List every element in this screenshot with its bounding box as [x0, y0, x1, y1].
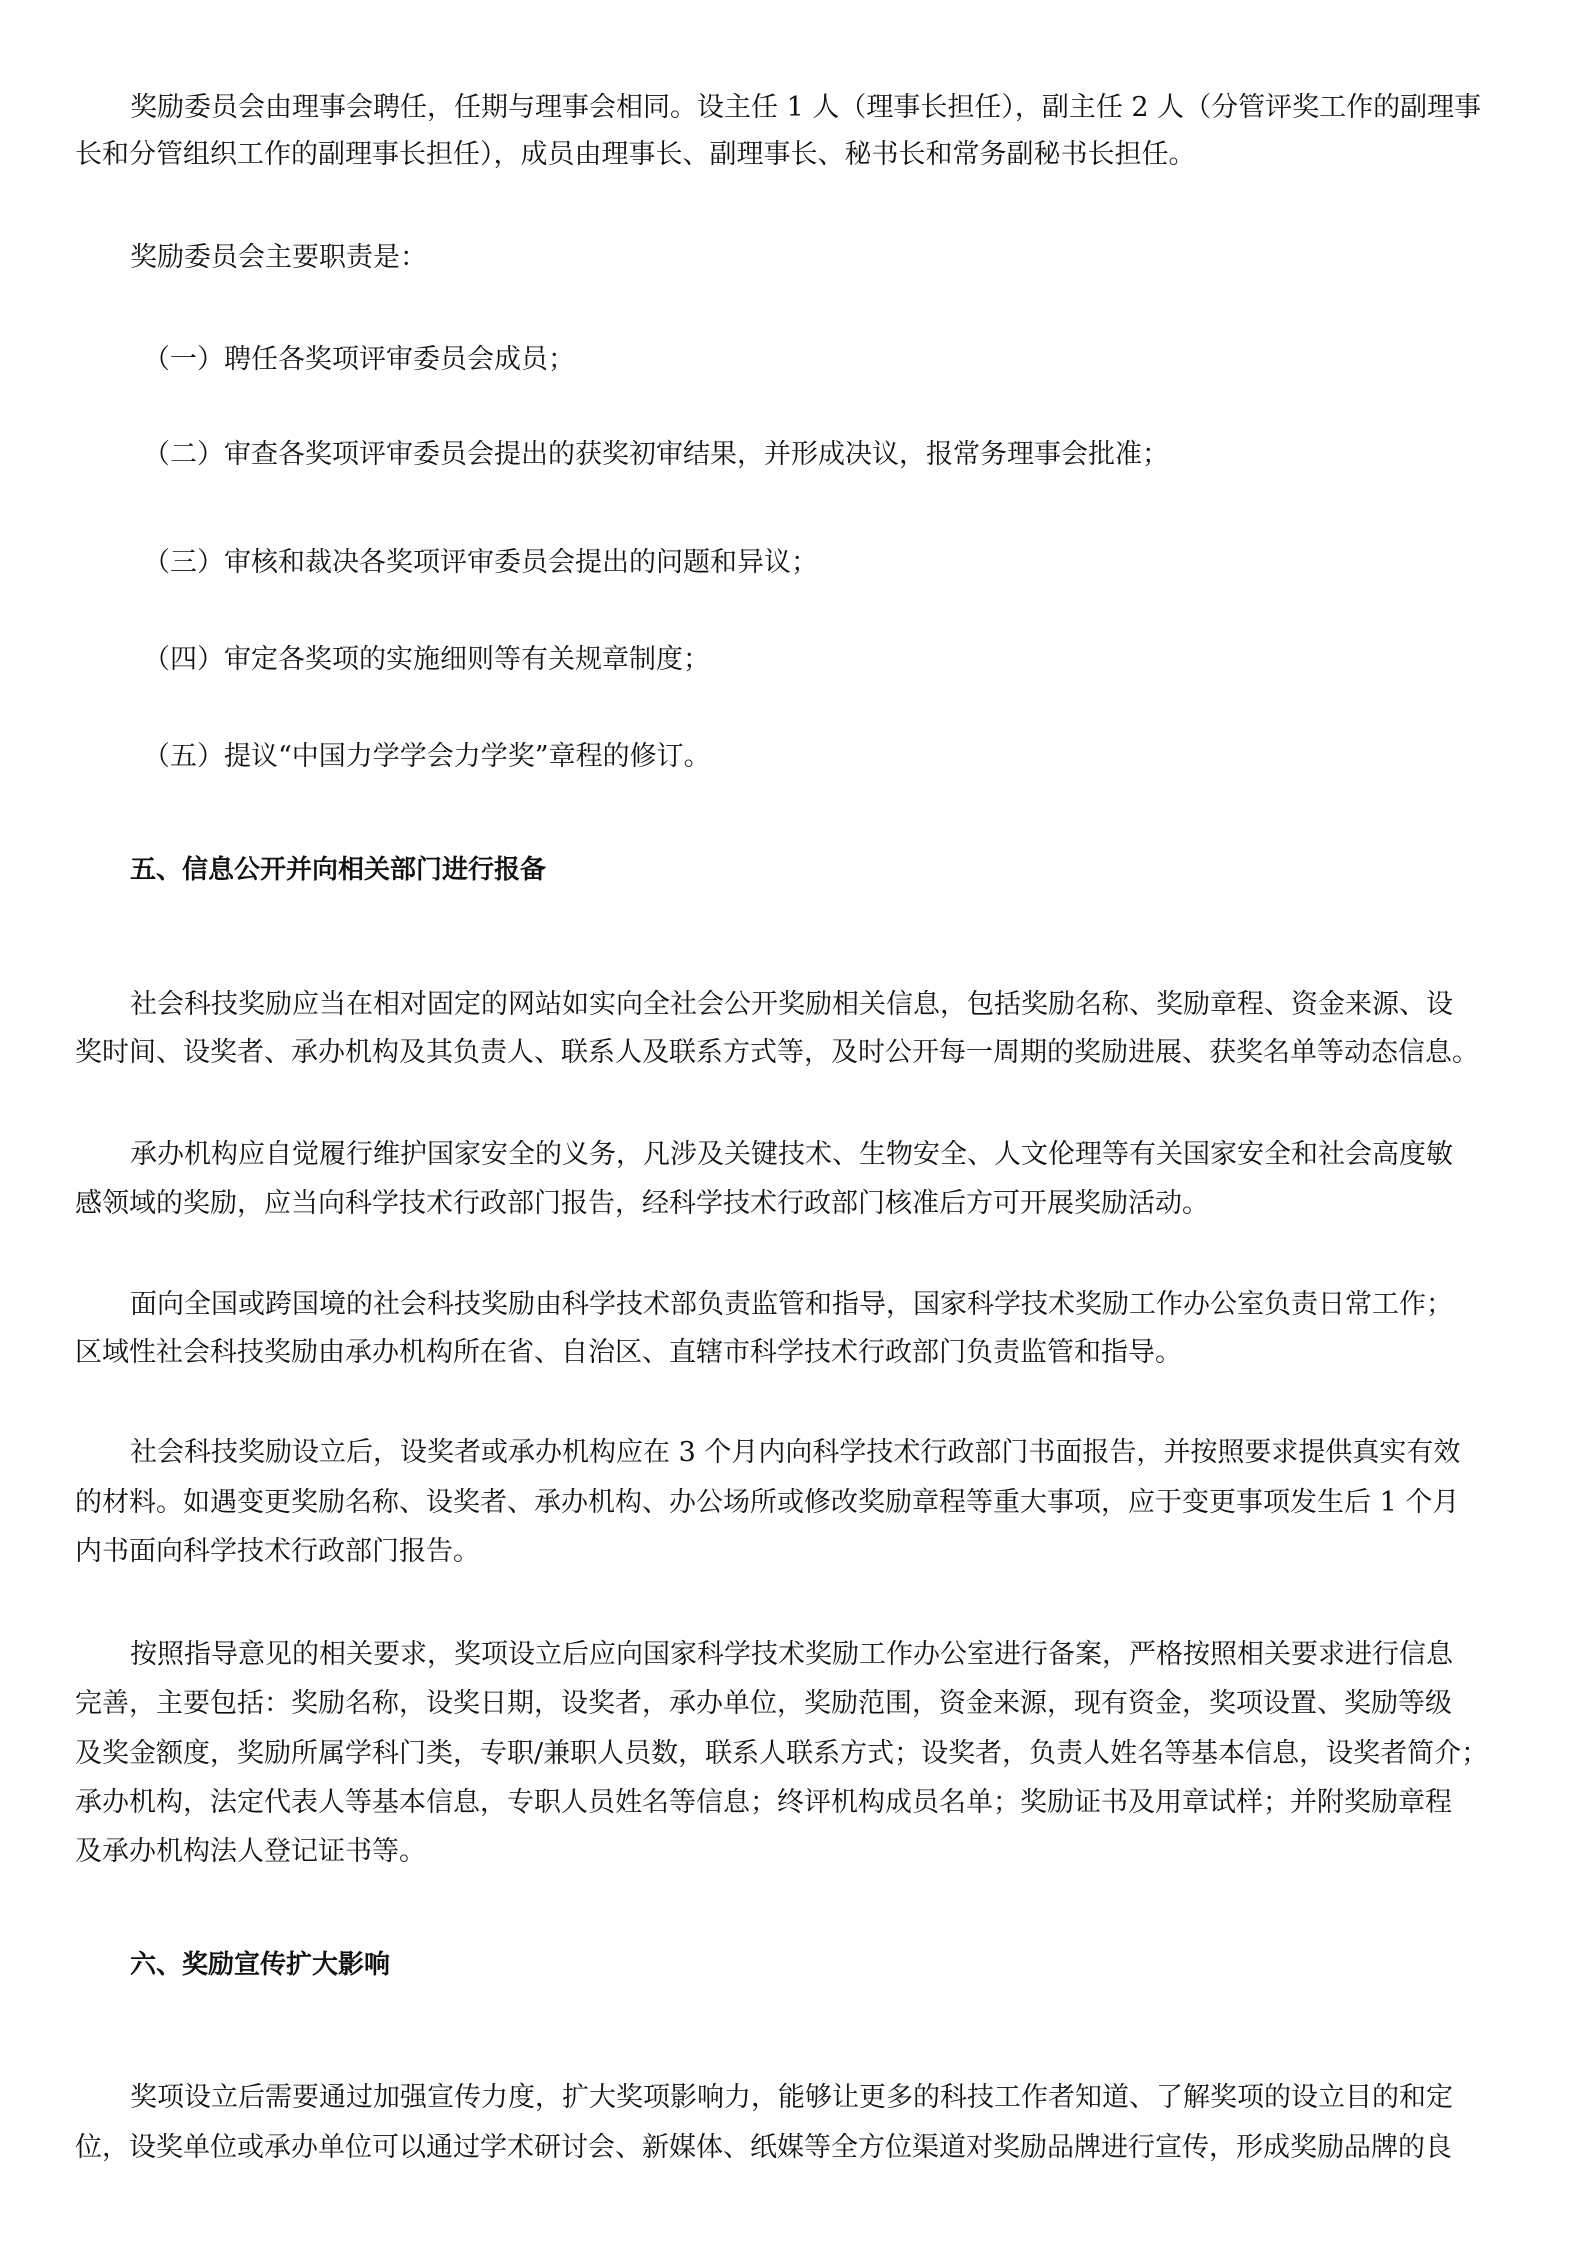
text-line: 及承办机构法人登记证书等。 [75, 1835, 426, 1869]
section-heading: 五、信息公开并向相关部门进行报备 [130, 853, 546, 887]
text-line: 长和分管组织工作的副理事长担任），成员由理事长、副理事长、秘书长和常务副秘书长担… [75, 138, 1196, 172]
text-line: 奖励委员会由理事会聘任，任期与理事会相同。设主任 1 人（理事长担任），副主任 … [130, 91, 1481, 125]
text-line: 承办机构，法定代表人等基本信息，专职人员姓名等信息；终评机构成员名单；奖励证书及… [75, 1786, 1452, 1820]
list-item: （一）聘任各奖项评审委员会成员； [143, 343, 575, 377]
text-line: 的材料。如遇变更奖励名称、设奖者、承办机构、办公场所或修改奖励章程等重大事项，应… [75, 1486, 1459, 1520]
text-line: 位，设奖单位或承办单位可以通过学术研讨会、新媒体、纸媒等全方位渠道对奖励品牌进行… [75, 2131, 1452, 2165]
text-line: 社会科技奖励设立后，设奖者或承办机构应在 3 个月内向科学技术行政部门书面报告，… [130, 1436, 1460, 1470]
text-line: 及奖金额度，奖励所属学科门类，专职/兼职人员数，联系人联系方式；设奖者，负责人姓… [75, 1737, 1488, 1771]
list-item: （五）提议“中国力学学会力学奖”章程的修订。 [143, 740, 711, 774]
list-item: （四）审定各奖项的实施细则等有关规章制度； [143, 643, 710, 677]
text-line: 奖项设立后需要通过加强宣传力度，扩大奖项影响力，能够让更多的科技工作者知道、了解… [130, 2081, 1453, 2115]
section-heading: 六、奖励宣传扩大影响 [130, 1948, 390, 1982]
text-line: 奖励委员会主要职责是： [130, 241, 427, 275]
list-item: （三）审核和裁决各奖项评审委员会提出的问题和异议； [143, 546, 818, 580]
list-item: （二）审查各奖项评审委员会提出的获奖初审结果，并形成决议，报常务理事会批准； [143, 438, 1169, 472]
text-line: 按照指导意见的相关要求，奖项设立后应向国家科学技术奖励工作办公室进行备案，严格按… [130, 1638, 1453, 1672]
text-line: 内书面向科学技术行政部门报告。 [75, 1535, 480, 1569]
text-line: 面向全国或跨国境的社会科技奖励由科学技术部负责监管和指导，国家科学技术奖励工作办… [130, 1288, 1453, 1322]
text-line: 承办机构应自觉履行维护国家安全的义务，凡涉及关键技术、生物安全、人文伦理等有关国… [130, 1138, 1453, 1172]
text-line: 感领域的奖励，应当向科学技术行政部门报告，经科学技术行政部门核准后方可开展奖励活… [75, 1187, 1209, 1221]
text-line: 奖时间、设奖者、承办机构及其负责人、联系人及联系方式等，及时公开每一周期的奖励进… [75, 1036, 1479, 1070]
text-line: 社会科技奖励应当在相对固定的网站如实向全社会公开奖励相关信息，包括奖励名称、奖励… [130, 988, 1453, 1022]
text-line: 完善，主要包括：奖励名称，设奖日期，设奖者，承办单位，奖励范围，资金来源，现有资… [75, 1687, 1452, 1721]
text-line: 区域性社会科技奖励由承办机构所在省、自治区、直辖市科学技术行政部门负责监管和指导… [75, 1336, 1182, 1370]
